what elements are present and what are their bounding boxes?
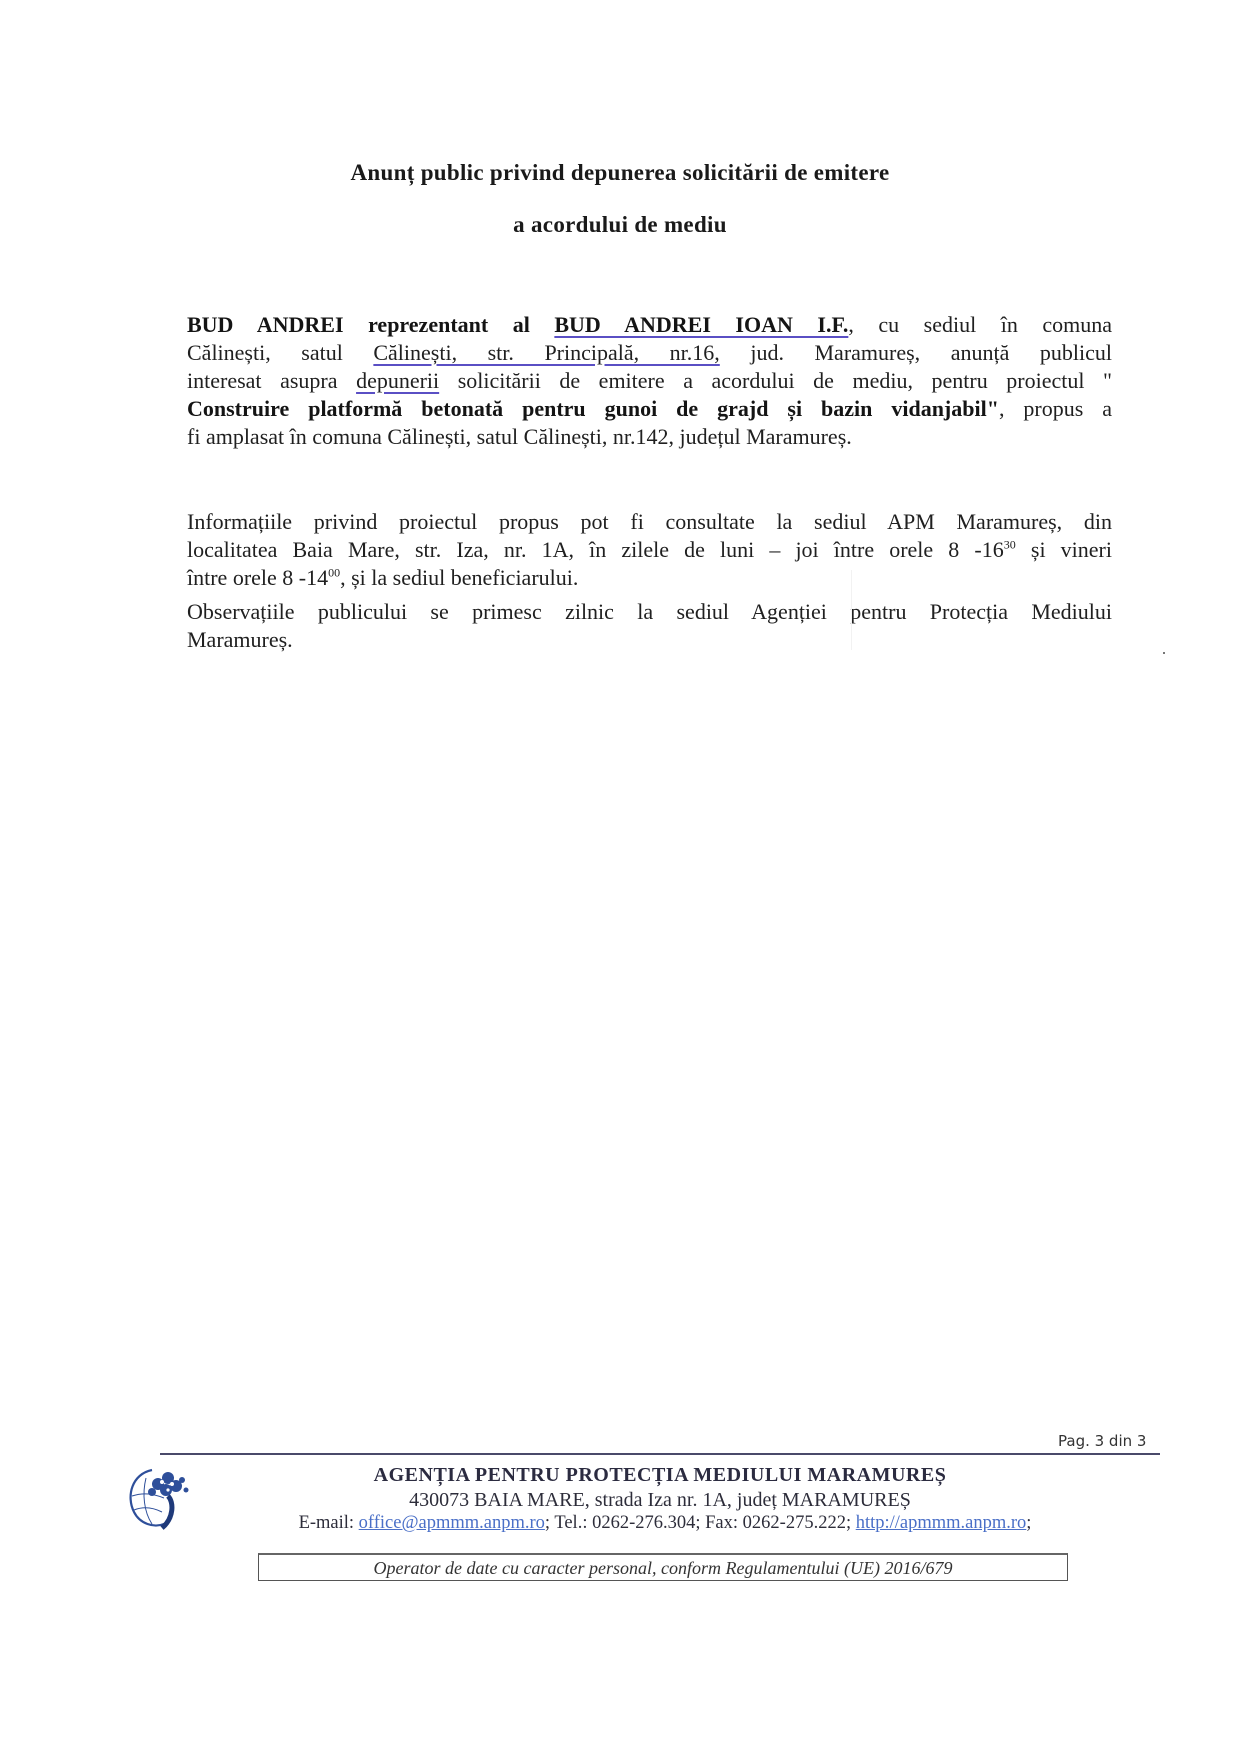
phone-fax: ; Tel.: 0262-276.304; Fax: 0262-275.222;: [545, 1513, 856, 1533]
data-operator-note: Operator de date cu caracter personal, c…: [258, 1553, 1068, 1581]
schedule-minutes-weekdays: 30: [1004, 538, 1016, 552]
representative-text: reprezentant al: [344, 312, 555, 337]
announcement-title-line-1: Anunț public privind depunerea solicităr…: [0, 160, 1240, 186]
project-name: Construire platformă betonată pentru gun…: [187, 396, 999, 421]
paragraph-observations-line-2: Maramureș.: [187, 626, 1112, 654]
company-name: BUD ANDREI IOAN I.F.: [554, 312, 848, 337]
friday-text: și vineri: [1016, 537, 1112, 562]
scan-speck: [1163, 652, 1165, 654]
footer-divider: [160, 1453, 1160, 1455]
schedule-weekdays: localitatea Baia Mare, str. Iza, nr. 1A,…: [187, 537, 1004, 562]
applicant-name: BUD ANDREI: [187, 312, 344, 337]
paragraph-consultation-line-2: localitatea Baia Mare, str. Iza, nr. 1A,…: [187, 536, 1112, 564]
interested-text: interesat asupra: [187, 368, 356, 393]
agency-address: 430073 BAIA MARE, strada Iza nr. 1A, jud…: [150, 1489, 1170, 1512]
agency-name: AGENȚIA PENTRU PROTECȚIA MEDIULUI MARAMU…: [150, 1464, 1170, 1487]
email-label: E-mail:: [299, 1513, 359, 1533]
paragraph-applicant-line-1: BUD ANDREI reprezentant al BUD ANDREI IO…: [187, 311, 1112, 339]
schedule-friday: între orele 8 -14: [187, 565, 328, 590]
email-link[interactable]: office@apmmm.anpm.ro: [359, 1513, 545, 1533]
paragraph-applicant-line-4: Construire platformă betonată pentru gun…: [187, 395, 1112, 423]
request-text: solicitării de emitere a acordului de me…: [439, 368, 1112, 393]
scan-artifact: [851, 570, 852, 650]
website-link[interactable]: http://apmmm.anpm.ro: [856, 1513, 1027, 1533]
paragraph-applicant-line-2: Călinești, satul Călinești, str. Princip…: [187, 339, 1112, 367]
beneficiary-text: , și la sediul beneficiarului.: [340, 565, 578, 590]
website-suffix: ;: [1026, 1513, 1031, 1533]
paragraph-applicant: BUD ANDREI reprezentant al BUD ANDREI IO…: [187, 311, 1112, 451]
company-address: Călinești, str. Principală, nr.16,: [373, 340, 719, 365]
announces-text: jud. Maramureș, anunță publicul: [720, 340, 1112, 365]
project-location: fi amplasat în comuna Călinești, satul C…: [187, 423, 1112, 451]
schedule-minutes-friday: 00: [328, 566, 340, 580]
paragraph-consultation: Informațiile privind proiectul propus po…: [187, 508, 1112, 592]
paragraph-consultation-line-1: Informațiile privind proiectul propus po…: [187, 508, 1112, 536]
paragraph-consultation-line-3: între orele 8 -1400, și la sediul benefi…: [187, 564, 1112, 592]
page-number: Pag. 3 din 3: [1058, 1432, 1146, 1450]
submission-word: depunerii: [356, 368, 439, 393]
announcement-title-line-2: a acordului de mediu: [0, 212, 1240, 238]
proposed-text: , propus a: [999, 396, 1112, 421]
paragraph-applicant-line-3: interesat asupra depunerii solicitării d…: [187, 367, 1112, 395]
locality-text: Călinești, satul: [187, 340, 373, 365]
paragraph-observations: Observațiile publicului se primesc zilni…: [187, 598, 1112, 654]
seat-text: , cu sediul în comuna: [848, 312, 1112, 337]
agency-contacts: E-mail: office@apmmm.anpm.ro; Tel.: 0262…: [190, 1513, 1140, 1534]
paragraph-observations-line-1: Observațiile publicului se primesc zilni…: [187, 598, 1112, 626]
